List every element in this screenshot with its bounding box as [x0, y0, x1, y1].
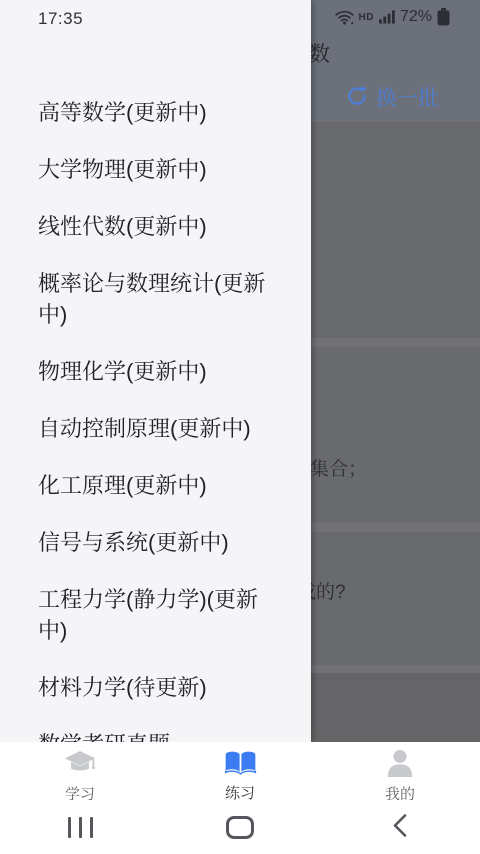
- drawer-scrim[interactable]: [311, 0, 480, 742]
- subject-item-material-mechanics[interactable]: 材料力学(待更新): [0, 659, 311, 716]
- android-nav-bar: [0, 800, 480, 854]
- home-button[interactable]: [160, 800, 320, 854]
- subject-list: 高等数学(更新中) 大学物理(更新中) 线性代数(更新中) 概率论与数理统计(更…: [0, 84, 311, 742]
- bottom-tab-bar: 学习 练习 我的: [0, 742, 480, 800]
- subject-item-probability-statistics[interactable]: 概率论与数理统计(更新中): [0, 255, 311, 343]
- subject-item-signals-systems[interactable]: 信号与系统(更新中): [0, 514, 311, 571]
- subject-item-advanced-math[interactable]: 高等数学(更新中): [0, 84, 311, 141]
- subject-item-physical-chemistry[interactable]: 物理化学(更新中): [0, 343, 311, 400]
- subject-item-engineering-mechanics[interactable]: 工程力学(静力学)(更新中): [0, 571, 311, 659]
- subject-item-math-exam-papers[interactable]: 数学考研真题: [0, 716, 311, 742]
- subject-drawer: 17:35 高等数学(更新中) 大学物理(更新中) 线性代数(更新中) 概率论与…: [0, 0, 311, 742]
- home-icon: [226, 816, 254, 839]
- person-icon: [385, 749, 415, 780]
- recents-icon: [68, 817, 93, 838]
- subject-item-linear-algebra[interactable]: 线性代数(更新中): [0, 198, 311, 255]
- tab-mine[interactable]: 我的: [320, 742, 480, 800]
- status-clock: 17:35: [38, 9, 83, 29]
- subject-item-automatic-control[interactable]: 自动控制原理(更新中): [0, 400, 311, 457]
- tab-practice[interactable]: 练习: [160, 742, 320, 800]
- recents-button[interactable]: [0, 800, 160, 854]
- subject-item-chemical-engineering[interactable]: 化工原理(更新中): [0, 457, 311, 514]
- app-screen: HD 72% 数: [0, 0, 480, 854]
- graduation-cap-icon: [63, 749, 97, 780]
- back-button[interactable]: [320, 800, 480, 854]
- open-book-icon: [224, 749, 257, 779]
- subject-item-college-physics[interactable]: 大学物理(更新中): [0, 141, 311, 198]
- tab-study[interactable]: 学习: [0, 742, 160, 800]
- back-chevron-icon: [393, 814, 407, 840]
